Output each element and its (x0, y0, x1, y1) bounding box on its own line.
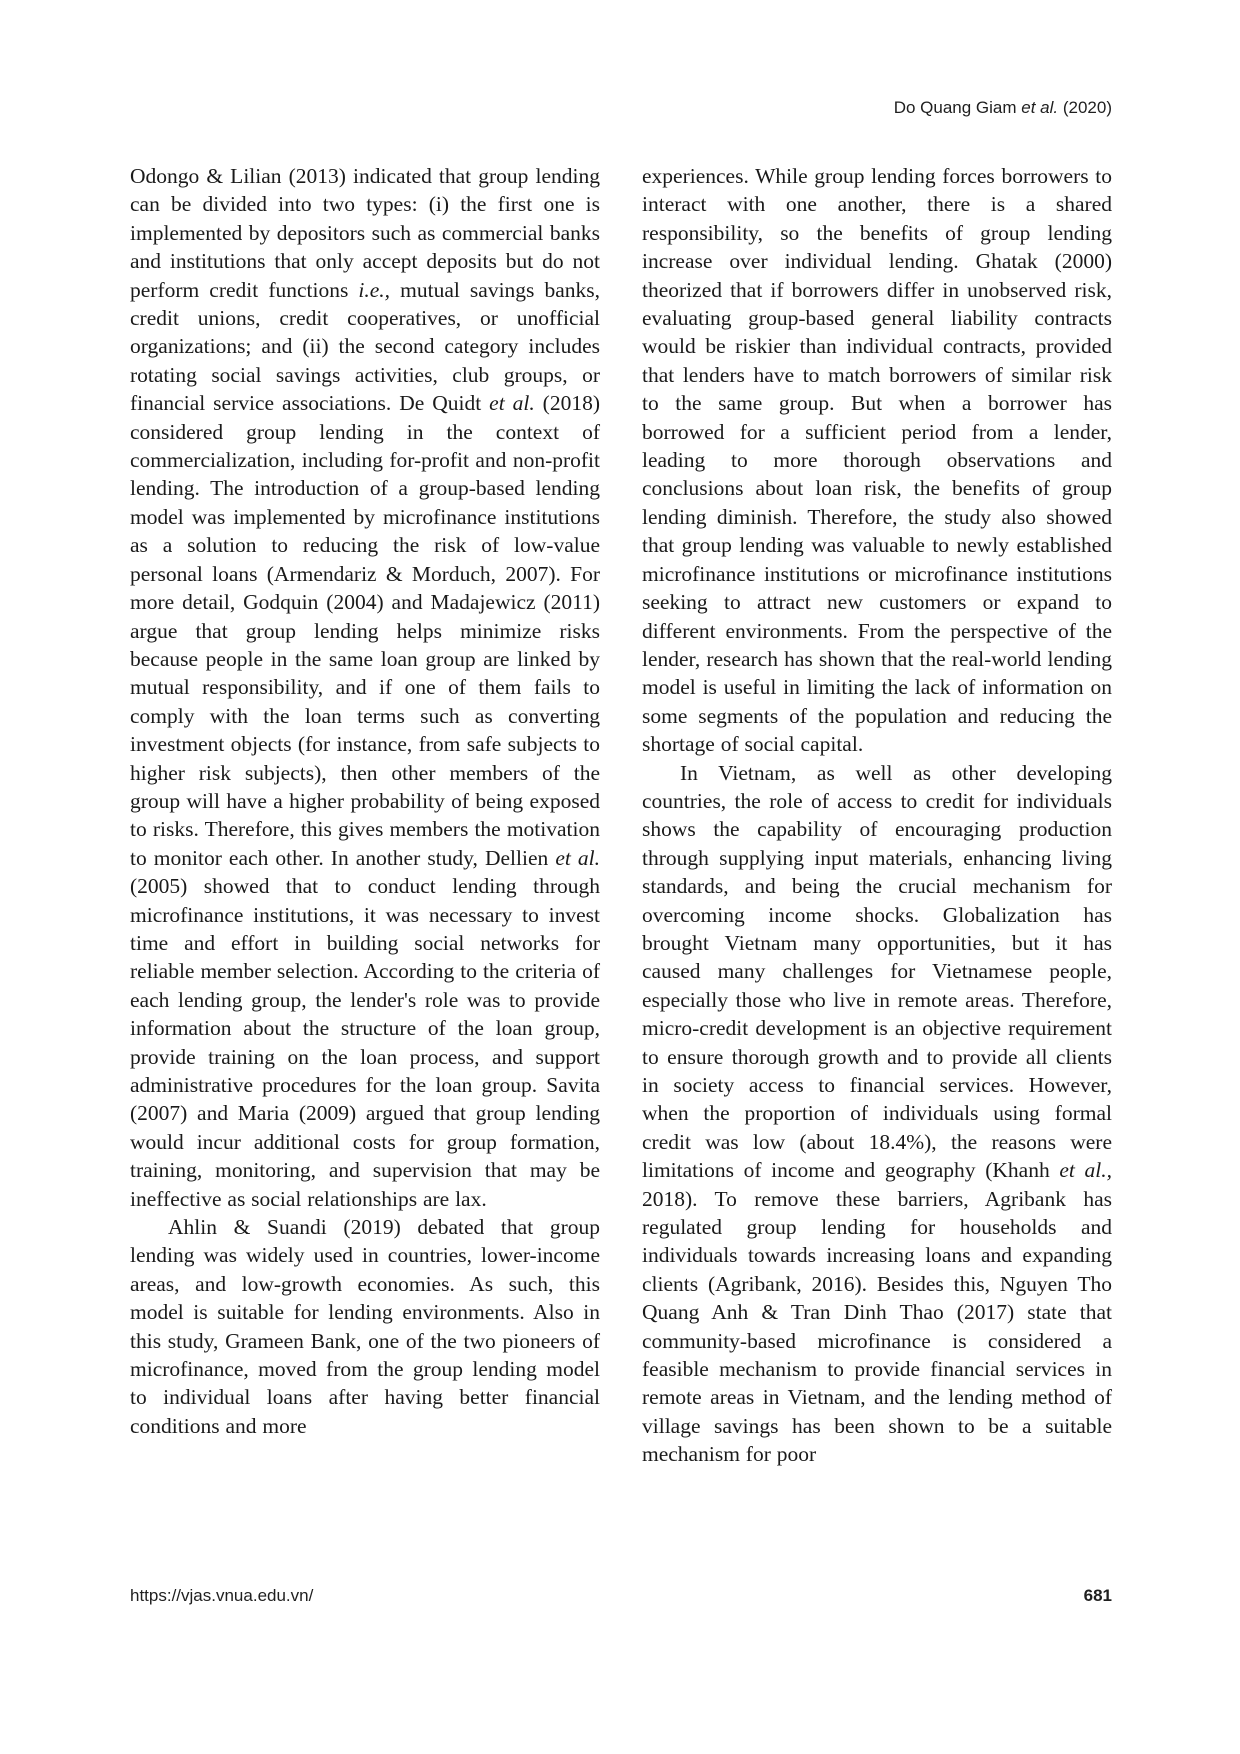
two-column-text-block: Odongo & Lilian (2013) indicated that gr… (130, 162, 1112, 1469)
body-paragraph: Ahlin & Suandi (2019) debated that group… (130, 1213, 600, 1440)
paper-page: Do Quang Giam et al. (2020) Odongo & Lil… (0, 0, 1240, 1754)
right-column: experiences. While group lending forces … (642, 162, 1112, 1469)
running-head-citation: Do Quang Giam et al. (2020) (130, 98, 1112, 118)
left-column: Odongo & Lilian (2013) indicated that gr… (130, 162, 600, 1469)
page-footer: https://vjas.vnua.edu.vn/ 681 (130, 1586, 1112, 1606)
body-paragraph: In Vietnam, as well as other developing … (642, 759, 1112, 1469)
page-number: 681 (1084, 1586, 1112, 1606)
journal-url-link[interactable]: https://vjas.vnua.edu.vn/ (130, 1586, 313, 1606)
body-paragraph: experiences. While group lending forces … (642, 162, 1112, 759)
body-paragraph: Odongo & Lilian (2013) indicated that gr… (130, 162, 600, 1213)
